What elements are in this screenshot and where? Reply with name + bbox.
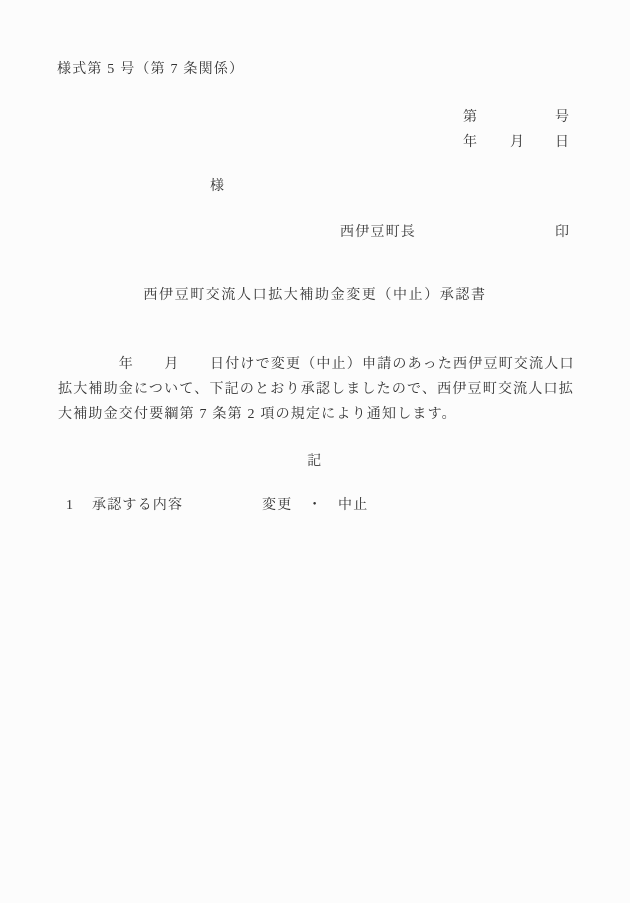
document-page: 様式第 5 号（第 7 条関係） 第 号 年 月 日 様 西伊豆町長 印 西伊豆… <box>0 0 630 903</box>
date-day-label: 日 <box>555 136 570 150</box>
addressee-honorific: 様 <box>210 180 225 194</box>
sender-title: 西伊豆町長 <box>340 226 416 240</box>
body-paragraph-line-3: 大補助金交付要綱第 7 条第 2 項の規定により通知します。 <box>58 408 588 422</box>
item-label: 承認する内容 <box>92 499 183 513</box>
date-year-label: 年 <box>463 136 478 150</box>
record-marker: 記 <box>0 455 630 469</box>
doc-number-suffix: 号 <box>555 111 570 125</box>
form-number: 様式第 5 号（第 7 条関係） <box>57 63 244 77</box>
item-value: 変更 ・ 中止 <box>262 499 368 513</box>
item-number: 1 <box>66 499 74 513</box>
date-month-label: 月 <box>510 136 525 150</box>
seal-placeholder: 印 <box>555 226 570 240</box>
body-paragraph-line-1: 年 月 日付けで変更（中止）申請のあった西伊豆町交流人口 <box>58 358 588 372</box>
doc-number-prefix: 第 <box>463 111 478 125</box>
body-paragraph-line-2: 拡大補助金について、下記のとおり承認しましたので、西伊豆町交流人口拡 <box>58 383 588 397</box>
document-title: 西伊豆町交流人口拡大補助金変更（中止）承認書 <box>0 289 630 303</box>
